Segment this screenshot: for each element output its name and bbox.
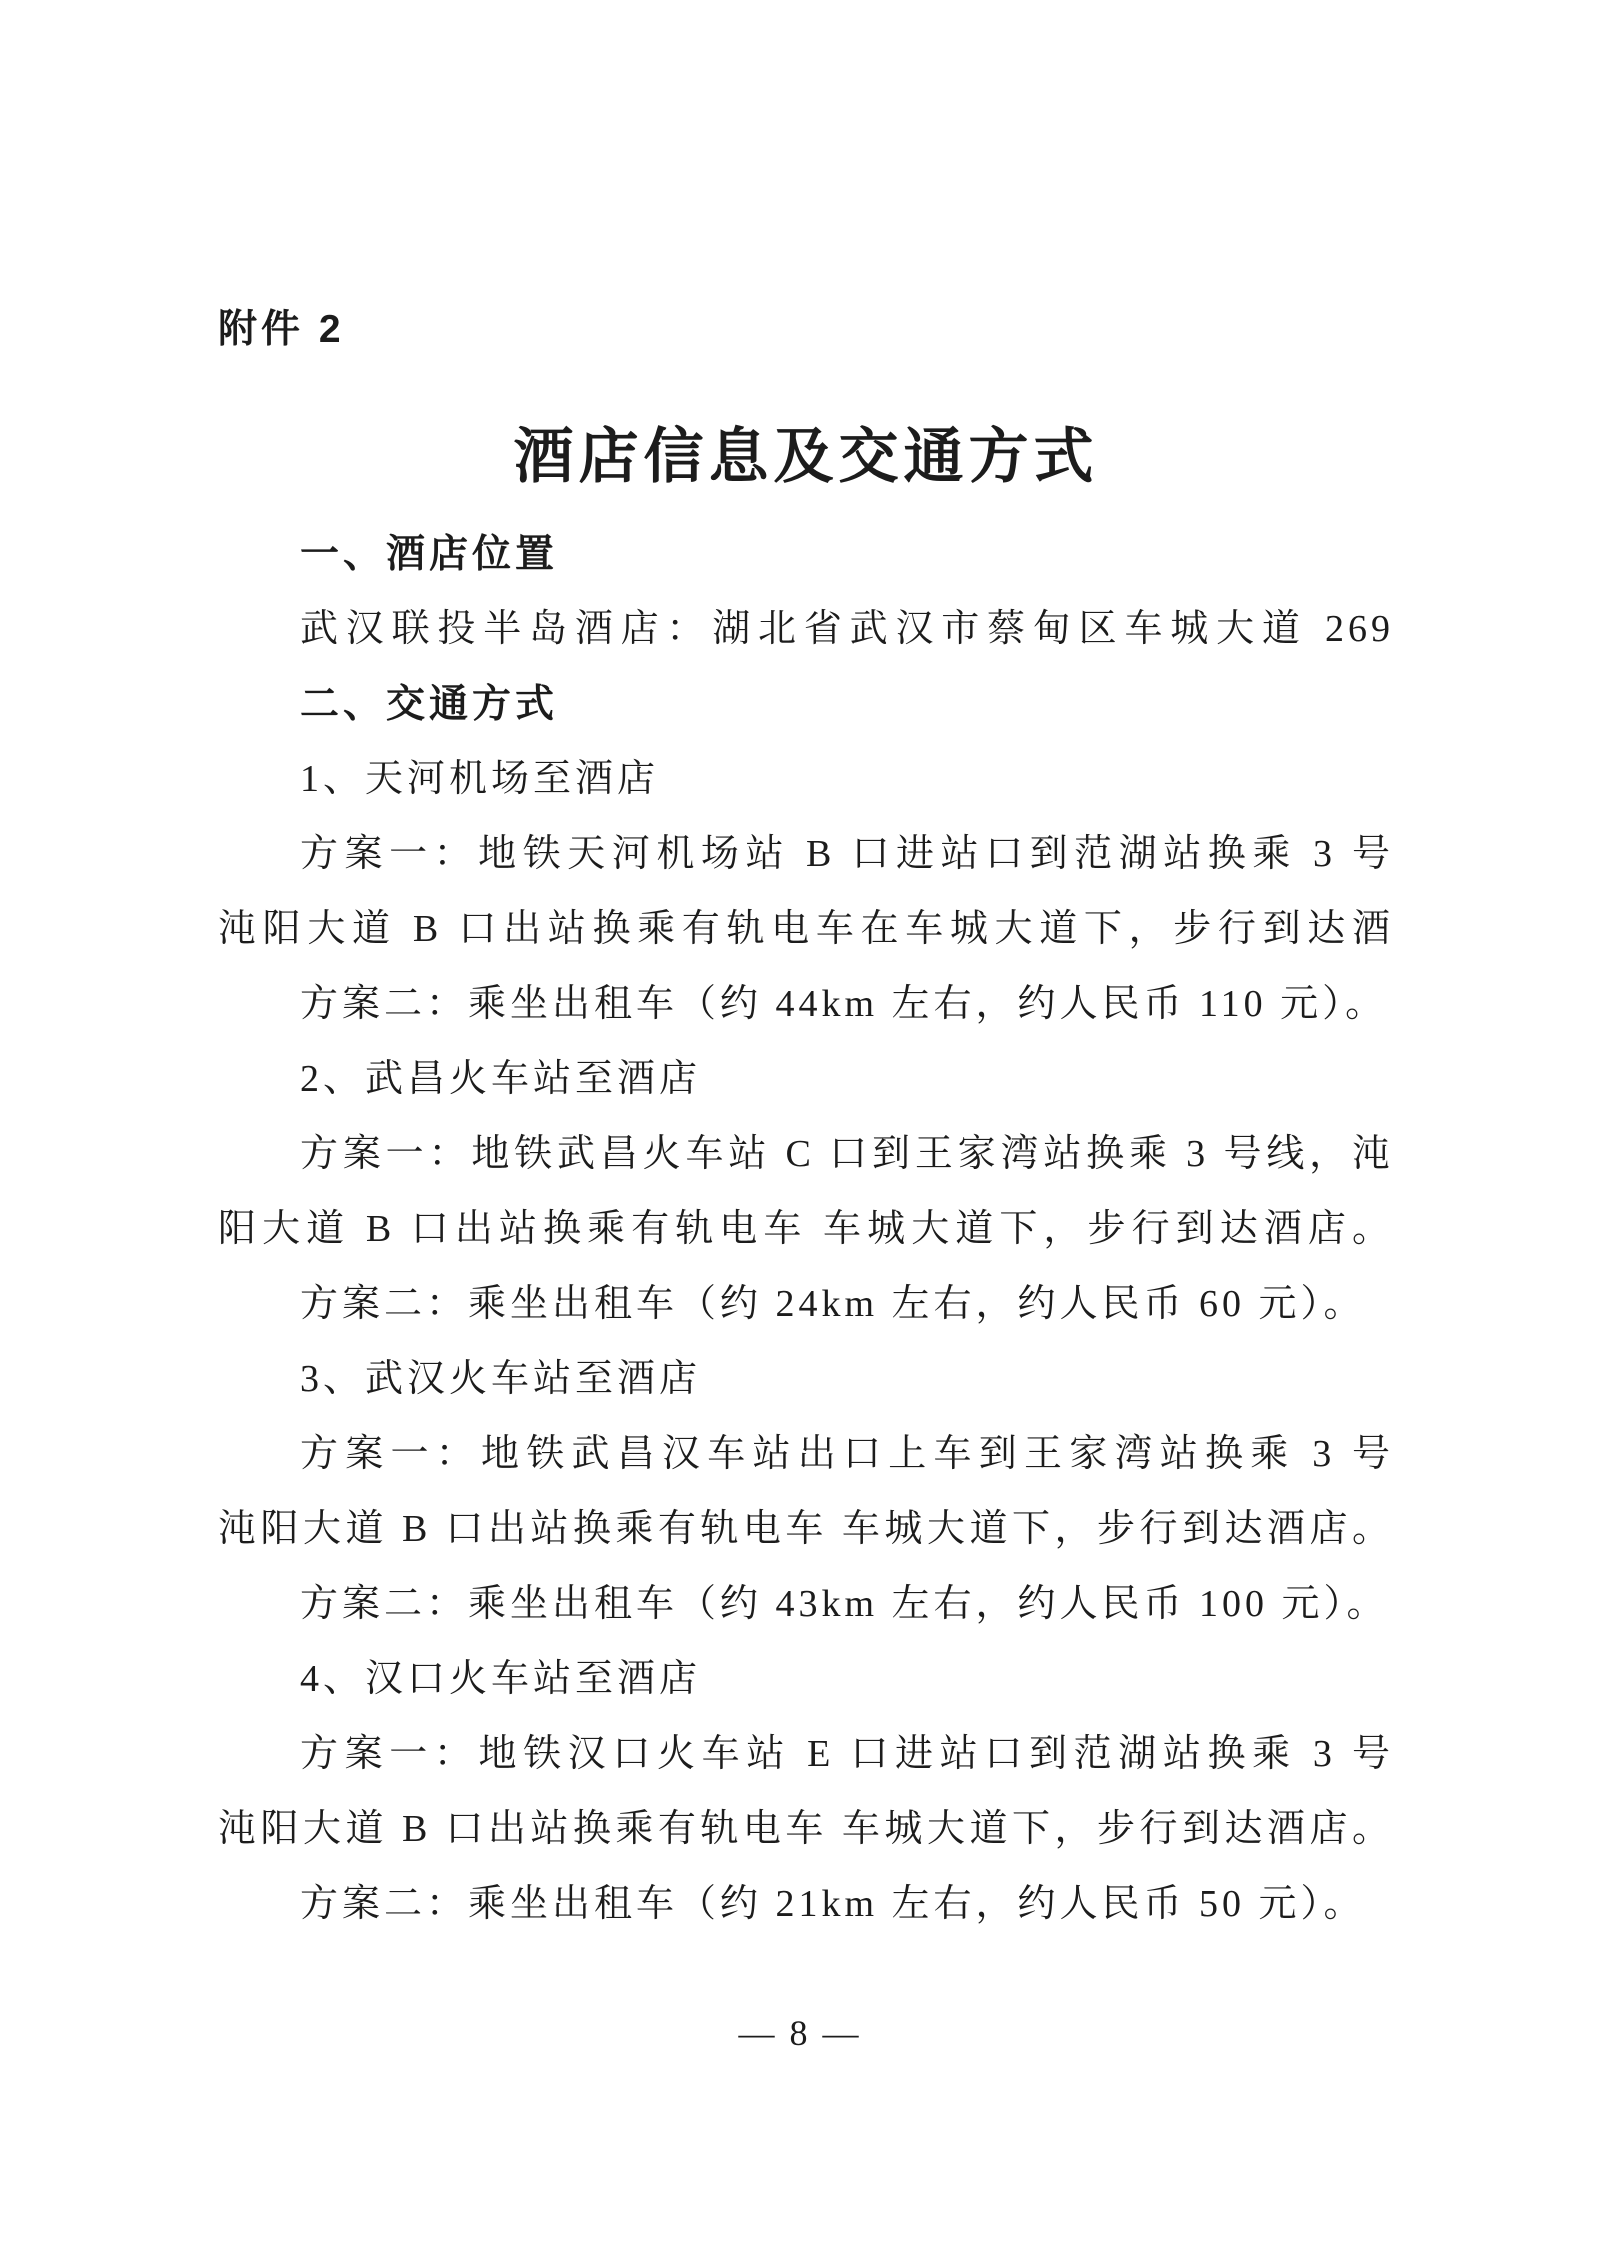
route-1-option-2: 方案二：乘坐出租车（约 44km 左右，约人民币 110 元）。 <box>218 967 1394 1042</box>
route-2-option-2: 方案二：乘坐出租车（约 24km 左右，约人民币 60 元）。 <box>218 1267 1394 1342</box>
route-4-title: 4、汉口火车站至酒店 <box>218 1642 1394 1717</box>
section-heading-hotel-location: 一、酒店位置 <box>218 517 1394 592</box>
route-3-option-2: 方案二：乘坐出租车（约 43km 左右，约人民币 100 元）。 <box>218 1567 1394 1642</box>
route-1-title: 1、天河机场至酒店 <box>218 742 1394 817</box>
attachment-label: 附件 2 <box>218 292 1394 367</box>
route-3-option-1-line-1: 方案一：地铁武昌汉车站出口上车到王家湾站换乘 3 号线， <box>218 1417 1394 1492</box>
page-number: — 8 — <box>0 2012 1600 2054</box>
route-3-option-1-line-2: 沌阳大道 B 口出站换乘有轨电车 车城大道下，步行到达酒店。 <box>218 1492 1394 1567</box>
document-title: 酒店信息及交通方式 <box>218 397 1394 517</box>
route-1-option-1-line-1: 方案一：地铁天河机场站 B 口进站口到范湖站换乘 3 号线， <box>218 817 1394 892</box>
route-2-title: 2、武昌火车站至酒店 <box>218 1042 1394 1117</box>
route-4-option-1-line-1: 方案一：地铁汉口火车站 E 口进站口到范湖站换乘 3 号线， <box>218 1717 1394 1792</box>
route-3-title: 3、武汉火车站至酒店 <box>218 1342 1394 1417</box>
hotel-address: 武汉联投半岛酒店：湖北省武汉市蔡甸区车城大道 269 号。 <box>218 592 1394 667</box>
route-2-option-1-line-1: 方案一：地铁武昌火车站 C 口到王家湾站换乘 3 号线，沌 <box>218 1117 1394 1192</box>
section-heading-transportation: 二、交通方式 <box>218 667 1394 742</box>
document-content: 附件 2 酒店信息及交通方式 一、酒店位置 武汉联投半岛酒店：湖北省武汉市蔡甸区… <box>218 292 1394 1942</box>
route-4-option-1-line-2: 沌阳大道 B 口出站换乘有轨电车 车城大道下，步行到达酒店。 <box>218 1792 1394 1867</box>
document-page: 附件 2 酒店信息及交通方式 一、酒店位置 武汉联投半岛酒店：湖北省武汉市蔡甸区… <box>0 0 1600 2263</box>
route-2-option-1-line-2: 阳大道 B 口出站换乘有轨电车 车城大道下，步行到达酒店。 <box>218 1192 1394 1267</box>
route-4-option-2: 方案二：乘坐出租车（约 21km 左右，约人民币 50 元）。 <box>218 1867 1394 1942</box>
route-1-option-1-line-2: 沌阳大道 B 口出站换乘有轨电车在车城大道下，步行到达酒店。 <box>218 892 1394 967</box>
